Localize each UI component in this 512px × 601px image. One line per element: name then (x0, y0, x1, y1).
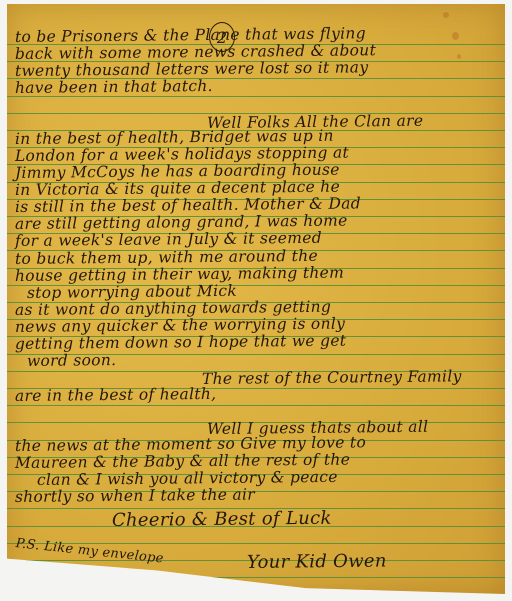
paper-stain (443, 12, 449, 18)
ruled-line (7, 594, 505, 595)
text-line: shortly so when I take the air (15, 485, 255, 506)
text-line: are in the best of health, (15, 385, 217, 405)
letter-page: 2 to be Prisoners & the Plane that was f… (7, 4, 505, 594)
text-line: word soon. (27, 351, 117, 370)
text-line: The rest of the Courtney Family (202, 367, 462, 388)
text-line: getting them down so I hope that we get (15, 332, 347, 353)
paper-stain (457, 54, 461, 59)
ruled-line (7, 405, 505, 406)
text-line: Cheerio & Best of Luck (112, 508, 332, 531)
paper-stain (452, 32, 459, 40)
ruled-line (7, 577, 505, 578)
text-line: Your Kid Owen (247, 551, 387, 573)
text-line: have been in that batch. (15, 77, 213, 97)
text-line: P.S. Like my envelope (15, 536, 164, 566)
